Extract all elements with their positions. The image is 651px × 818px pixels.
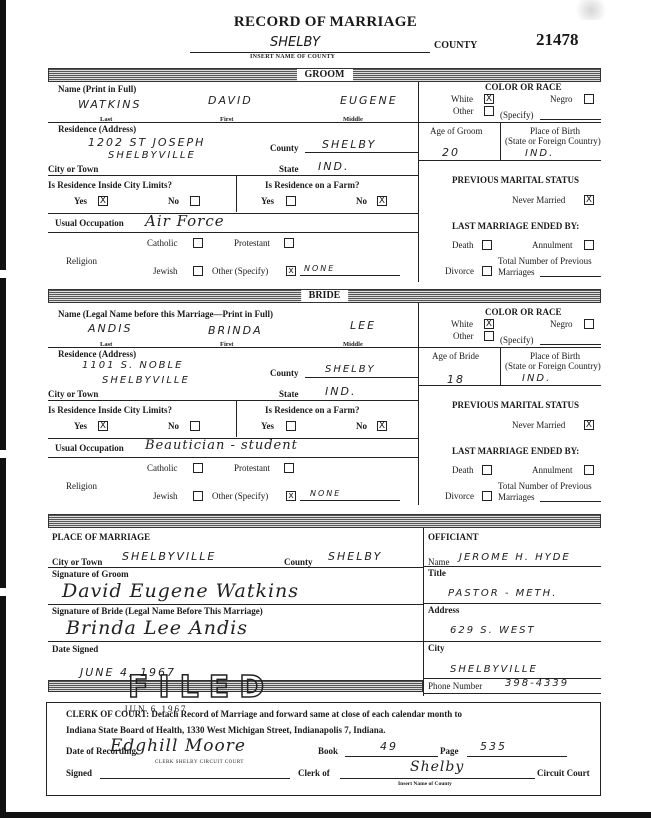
clerk-of-label: Clerk of	[298, 768, 330, 778]
other-religion-label: Other (Specify)	[212, 266, 268, 276]
place-city-label: City or Town	[52, 557, 102, 567]
place-section-bar	[48, 514, 601, 528]
bride-age-label: Age of Bride	[432, 351, 479, 361]
officiant-address: 629 S. WEST	[450, 625, 536, 636]
place-county-label: County	[284, 557, 313, 567]
bride-section-bar: BRIDE	[48, 289, 601, 303]
bride-middle-name: LEE	[350, 319, 376, 332]
birth-sub-label: (State or Foreign Country)	[505, 361, 601, 371]
filed-stamp: FILED	[128, 670, 274, 705]
bride-ended-title: LAST MARRIAGE ENDED BY:	[452, 446, 579, 456]
groom-section-bar: GROOM	[48, 68, 601, 82]
yes-label: Yes	[261, 196, 274, 206]
annulment-label: Annulment	[532, 465, 573, 475]
groom-white-checkbox[interactable]: X	[484, 94, 494, 104]
groom-state: IND.	[318, 160, 349, 173]
death-label: Death	[452, 240, 474, 250]
divider	[500, 347, 501, 385]
officiant-city: SHELBYVILLE	[450, 664, 538, 675]
book-number: 49	[380, 740, 398, 753]
groom-age: 20	[442, 146, 460, 159]
bride-death-checkbox[interactable]	[482, 465, 492, 475]
jewish-label: Jewish	[153, 266, 178, 276]
catholic-label: Catholic	[147, 463, 178, 473]
officiant-title: OFFICIANT	[428, 532, 479, 542]
rule	[418, 160, 601, 161]
religion-label: Religion	[66, 256, 97, 266]
groom-last-name: WATKINS	[78, 98, 141, 111]
groom-city-limits-no-checkbox[interactable]	[190, 196, 200, 206]
rule	[418, 385, 601, 386]
bride-protestant-checkbox[interactable]	[284, 463, 294, 473]
groom-first-name: DAVID	[208, 94, 253, 107]
groom-marital-title: PREVIOUS MARITAL STATUS	[452, 175, 579, 185]
no-label: No	[356, 421, 367, 431]
rule	[48, 604, 423, 605]
rule	[418, 122, 601, 123]
clerk-instruction-2: Indiana State Board of Health, 1330 West…	[66, 725, 385, 735]
rule	[423, 693, 601, 694]
rule	[345, 756, 438, 757]
bride-first-name: BRINDA	[208, 324, 263, 337]
groom-farm-yes-checkbox[interactable]	[286, 196, 296, 206]
county-value: SHELBY	[270, 35, 320, 50]
rule	[48, 641, 423, 642]
rule	[423, 566, 601, 567]
groom-address: 1202 ST JOSEPH	[88, 136, 205, 149]
bride-signature-label: Signature of Bride (Legal Name Before Th…	[52, 606, 263, 616]
yes-label: Yes	[261, 421, 274, 431]
rule	[48, 213, 418, 214]
rule	[48, 175, 418, 176]
bride-address: 1101 S. NOBLE	[82, 360, 183, 371]
groom-other-race-checkbox[interactable]	[484, 106, 494, 116]
annulment-label: Annulment	[532, 240, 573, 250]
groom-birthplace: IND.	[525, 148, 554, 159]
officiant-name: JEROME H. HYDE	[459, 552, 571, 563]
total-prev-label: Total Number of Previous	[498, 256, 592, 266]
other-race-label: Other	[453, 106, 474, 116]
clerk-caption: CLERK SHELBY CIRCUIT COURT	[155, 760, 244, 765]
record-number: 21478	[536, 30, 579, 50]
groom-negro-checkbox[interactable]	[584, 94, 594, 104]
bride-birthplace: IND.	[522, 373, 551, 384]
rule	[467, 756, 567, 757]
no-label: No	[168, 196, 179, 206]
bride-other-religion-checkbox[interactable]: x	[286, 491, 296, 501]
bride-race-title: COLOR OR RACE	[485, 307, 562, 317]
bride-last-name: ANDIS	[88, 322, 132, 335]
total-prev-field[interactable]	[540, 276, 601, 277]
specify-label: (Specify)	[500, 335, 534, 345]
no-label: No	[168, 421, 179, 431]
yes-label: Yes	[74, 196, 87, 206]
no-label: No	[356, 196, 367, 206]
groom-catholic-checkbox[interactable]	[193, 238, 203, 248]
insert-county-hint: Insert Name of County	[398, 781, 452, 787]
rule	[48, 567, 423, 568]
bride-farm-yes-checkbox[interactable]	[286, 421, 296, 431]
filed-stamp-date: JUN 6 1967	[124, 704, 188, 714]
document-title: RECORD OF MARRIAGE	[0, 14, 651, 31]
circuit-court-label: Circuit Court	[537, 768, 590, 778]
rule	[48, 122, 418, 123]
book-label: Book	[318, 746, 338, 756]
officiant-phone: 398-4339	[505, 678, 569, 689]
bride-never-married-checkbox[interactable]: X	[584, 420, 594, 430]
birth-sub-label: (State or Foreign Country)	[505, 136, 601, 146]
divider	[500, 122, 501, 160]
birth-label: Place of Birth	[530, 126, 580, 136]
bride-religion-other: NONE	[310, 489, 341, 498]
bride-city-limits-no-checkbox[interactable]	[190, 421, 200, 431]
county-label: COUNTY	[434, 40, 477, 51]
groom-never-married-checkbox[interactable]: X	[584, 195, 594, 205]
bride-other-race-checkbox[interactable]	[484, 331, 494, 341]
date-signed-label: Date Signed	[52, 644, 98, 654]
jewish-label: Jewish	[153, 491, 178, 501]
groom-other-religion-checkbox[interactable]: x	[286, 266, 296, 276]
scan-edge	[0, 596, 6, 818]
officiant-title-value: PASTOR - METH.	[448, 588, 557, 599]
bride-white-checkbox[interactable]: X	[484, 319, 494, 329]
rule	[340, 778, 535, 779]
divider	[418, 303, 419, 505]
groom-residence-label: Residence (Address)	[58, 124, 136, 134]
negro-label: Negro	[550, 319, 573, 329]
groom-farm-label: Is Residence on a Farm?	[265, 180, 360, 190]
specify-label: (Specify)	[500, 110, 534, 120]
rule	[48, 457, 418, 458]
groom-protestant-checkbox[interactable]	[284, 238, 294, 248]
place-county: SHELBY	[328, 550, 382, 563]
bride-state: IND.	[325, 385, 356, 398]
bride-occupation: Beautician - student	[145, 438, 298, 453]
bride-city-limits-yes-checkbox[interactable]: X	[98, 421, 108, 431]
groom-city: SHELBYVILLE	[108, 150, 196, 161]
bride-jewish-checkbox[interactable]	[193, 491, 203, 501]
bride-farm-label: Is Residence on a Farm?	[265, 405, 360, 415]
groom-divorce-checkbox[interactable]	[482, 266, 492, 276]
rule	[305, 152, 418, 153]
religion-label: Religion	[66, 481, 97, 491]
groom-annulment-checkbox[interactable]	[584, 240, 594, 250]
divider	[423, 528, 424, 696]
groom-city-limits-yes-checkbox[interactable]: X	[98, 196, 108, 206]
officiant-phone-label: Phone Number	[428, 681, 482, 691]
bride-section-label: BRIDE	[301, 290, 349, 302]
protestant-label: Protestant	[234, 463, 270, 473]
groom-section-label: GROOM	[297, 69, 353, 81]
scan-edge	[0, 458, 6, 588]
bride-annulment-checkbox[interactable]	[584, 465, 594, 475]
bride-catholic-checkbox[interactable]	[193, 463, 203, 473]
divorce-label: Divorce	[445, 266, 474, 276]
protestant-label: Protestant	[234, 238, 270, 248]
marriages-label: Marriages	[498, 492, 534, 502]
groom-death-checkbox[interactable]	[482, 240, 492, 250]
bride-county-label: County	[270, 368, 299, 378]
divider	[236, 176, 237, 212]
groom-signature: David Eugene Watkins	[62, 580, 299, 602]
bride-city-limits-label: Is Residence Inside City Limits?	[48, 405, 172, 415]
never-married-label: Never Married	[512, 195, 565, 205]
scan-edge-bottom	[0, 812, 651, 818]
rule	[100, 778, 290, 779]
rule	[300, 500, 400, 501]
bride-county: SHELBY	[325, 364, 376, 375]
marriages-label: Marriages	[498, 267, 534, 277]
officiant-address-label: Address	[428, 605, 459, 615]
rule	[48, 400, 418, 401]
divider	[236, 401, 237, 437]
groom-farm-no-checkbox[interactable]: X	[377, 196, 387, 206]
birth-label: Place of Birth	[530, 351, 580, 361]
bride-signature: Brinda Lee Andis	[66, 617, 248, 639]
rule	[300, 275, 400, 276]
bride-city-label: City or Town	[48, 389, 98, 399]
groom-state-label: State	[279, 164, 299, 174]
rule	[418, 347, 601, 348]
county-hint: INSERT NAME OF COUNTY	[250, 54, 335, 60]
other-race-label: Other	[453, 331, 474, 341]
total-prev-label: Total Number of Previous	[498, 481, 592, 491]
groom-jewish-checkbox[interactable]	[193, 266, 203, 276]
groom-occupation-label: Usual Occupation	[55, 218, 124, 228]
bride-residence-label: Residence (Address)	[58, 349, 136, 359]
officiant-city-label: City	[428, 643, 445, 653]
bride-city: SHELBYVILLE	[102, 375, 190, 386]
white-label: White	[451, 319, 473, 329]
rule	[540, 119, 601, 120]
groom-city-label: City or Town	[48, 164, 98, 174]
groom-county-label: County	[270, 143, 299, 153]
rule	[540, 344, 601, 345]
scan-edge	[0, 278, 6, 450]
groom-religion-other: NONE	[304, 264, 335, 273]
bride-negro-checkbox[interactable]	[584, 319, 594, 329]
officiant-title-label: Title	[428, 568, 446, 578]
groom-middle-name: EUGENE	[340, 94, 398, 107]
groom-name-label: Name (Print in Full)	[58, 84, 136, 94]
groom-county: SHELBY	[322, 138, 376, 151]
bride-occupation-label: Usual Occupation	[55, 443, 124, 453]
divorce-label: Divorce	[445, 491, 474, 501]
place-city: SHELBYVILLE	[122, 550, 216, 563]
bride-divorce-checkbox[interactable]	[482, 491, 492, 501]
groom-city-limits-label: Is Residence Inside City Limits?	[48, 180, 172, 190]
scan-edge	[0, 0, 6, 270]
groom-race-title: COLOR OR RACE	[485, 82, 562, 92]
groom-occupation: Air Force	[145, 212, 225, 230]
death-label: Death	[452, 465, 474, 475]
total-prev-field[interactable]	[540, 501, 601, 502]
groom-age-label: Age of Groom	[430, 126, 483, 136]
signed-label: Signed	[66, 768, 92, 778]
never-married-label: Never Married	[512, 420, 565, 430]
rule	[48, 232, 418, 233]
bride-name-label: Name (Legal Name before this Marriage—Pr…	[58, 309, 273, 319]
clerk-county: Shelby	[410, 759, 464, 775]
bride-marital-title: PREVIOUS MARITAL STATUS	[452, 400, 579, 410]
bride-farm-no-checkbox[interactable]: X	[377, 421, 387, 431]
catholic-label: Catholic	[147, 238, 178, 248]
groom-signature-label: Signature of Groom	[52, 569, 129, 579]
negro-label: Negro	[550, 94, 573, 104]
place-title: PLACE OF MARRIAGE	[52, 532, 150, 542]
page-label: Page	[440, 746, 459, 756]
page-number: 535	[480, 740, 507, 753]
bride-state-label: State	[279, 389, 299, 399]
white-label: White	[451, 94, 473, 104]
clerk-signature: Edghill Moore	[110, 736, 246, 756]
rule	[48, 347, 418, 348]
rule	[423, 641, 601, 642]
groom-ended-title: LAST MARRIAGE ENDED BY:	[452, 221, 579, 231]
other-religion-label: Other (Specify)	[212, 491, 268, 501]
divider	[418, 82, 419, 282]
rule	[423, 603, 601, 604]
rule	[305, 377, 418, 378]
yes-label: Yes	[74, 421, 87, 431]
